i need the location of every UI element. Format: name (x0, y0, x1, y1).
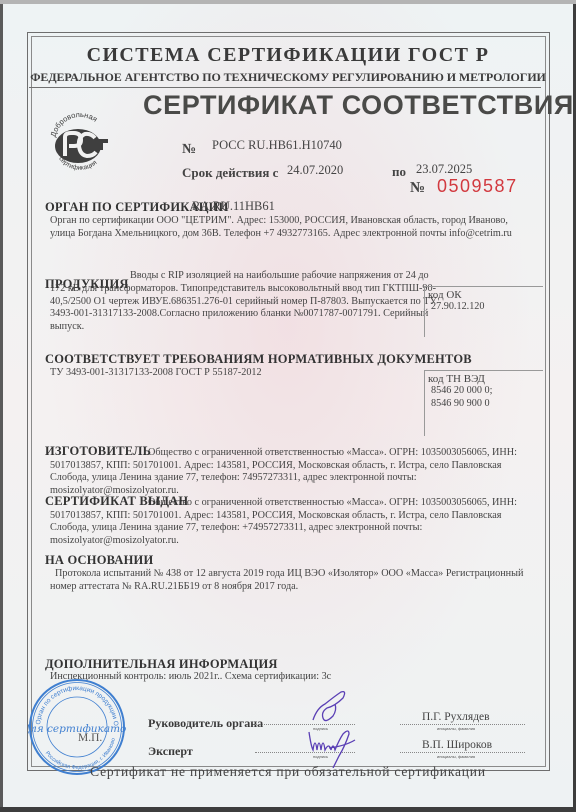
expert-name-caption: инициалы, фамилия (437, 754, 475, 759)
footer-note: Сертификат не применяется при обязательн… (0, 764, 576, 780)
manufacturer-heading: ИЗГОТОВИТЕЛЬ (45, 444, 151, 459)
expert-signature-caption: подпись (313, 754, 328, 759)
tnved-code-2: 8546 90 900 0 (425, 398, 543, 411)
validity-label: Срок действия с (182, 165, 278, 181)
valid-from-date: 24.07.2020 (287, 163, 343, 178)
basis-heading: НА ОСНОВАНИИ (45, 553, 153, 568)
head-name-caption: инициалы, фамилия (437, 726, 475, 731)
stamp-center-text: Для сертификатов (28, 723, 126, 735)
organ-seal-stamp-icon: Орган по сертификации продукции ООО «ЦЕТ… (28, 678, 126, 776)
issued-to-heading: СЕРТИФИКАТ ВЫДАН (45, 494, 188, 509)
header-divider (29, 87, 541, 88)
expert-signature-icon (305, 726, 360, 768)
ok-code-box: код ОК 27.90.12.120 (424, 286, 543, 337)
certificate-number-sign: № (182, 142, 196, 158)
expert-label: Эксперт (148, 744, 193, 759)
basis-details: Протокола испытаний № 438 от 12 августа … (50, 568, 530, 593)
head-signature-icon (305, 690, 355, 726)
expert-name: В.П. Широков (422, 739, 492, 751)
organ-details: Орган по сертификации ООО "ЦЕТРИМ". Адре… (50, 215, 530, 240)
certificate-number: РОСС RU.НВ61.Н10740 (212, 138, 342, 153)
conformity-documents: ТУ 3493-001-31317133-2008 ГОСТ Р 55187-2… (50, 367, 262, 380)
tnved-code-box: код ТН ВЭД 8546 20 000 0; 8546 90 900 0 (424, 370, 543, 436)
system-title: СИСТЕМА СЕРТИФИКАЦИИ ГОСТ Р (0, 44, 576, 67)
valid-to-date: 23.07.2025 (416, 162, 472, 177)
stamp-outer-text: Орган по сертификации продукции ООО «ЦЕТ… (28, 678, 119, 726)
head-of-organ-label: Руководитель органа (148, 716, 263, 731)
window-bottom-edge (0, 807, 576, 812)
svg-text:Орган по сертификации продукци: Орган по сертификации продукции ООО «ЦЕТ… (28, 678, 119, 726)
serial-number: 0509587 (437, 176, 518, 197)
serial-number-sign: № (410, 180, 425, 197)
head-signature-caption: подпись (313, 726, 328, 731)
product-text: 172 кВ для трансформаторов. Типопредстав… (50, 283, 437, 333)
agency-title: ФЕДЕРАЛЬНОЕ АГЕНТСТВО ПО ТЕХНИЧЕСКОМУ РЕ… (0, 70, 576, 85)
tnved-code-1: 8546 20 000 0; (425, 385, 543, 398)
additional-heading: ДОПОЛНИТЕЛЬНАЯ ИНФОРМАЦИЯ (45, 657, 278, 672)
ok-code-label: код ОК (425, 287, 543, 301)
valid-to-label: по (392, 164, 406, 180)
certificate-title: СЕРТИФИКАТ СООТВЕТСТВИЯ (143, 90, 574, 121)
product-text-line1: Вводы с RIP изоляцией на наибольшие рабо… (130, 270, 420, 283)
conformity-heading: СООТВЕТСТВУЕТ ТРЕБОВАНИЯМ НОРМАТИВНЫХ ДО… (45, 352, 472, 367)
head-of-organ-name: П.Г. Рухлядев (422, 711, 490, 723)
ok-code-value: 27.90.12.120 (425, 301, 543, 314)
tnved-label: код ТН ВЭД (425, 371, 543, 385)
organ-code: RA.RU.11НВ61 (192, 199, 275, 214)
seal-label: М.П. (78, 732, 102, 744)
rst-logo-icon: Добровольная сертификация (45, 110, 115, 178)
